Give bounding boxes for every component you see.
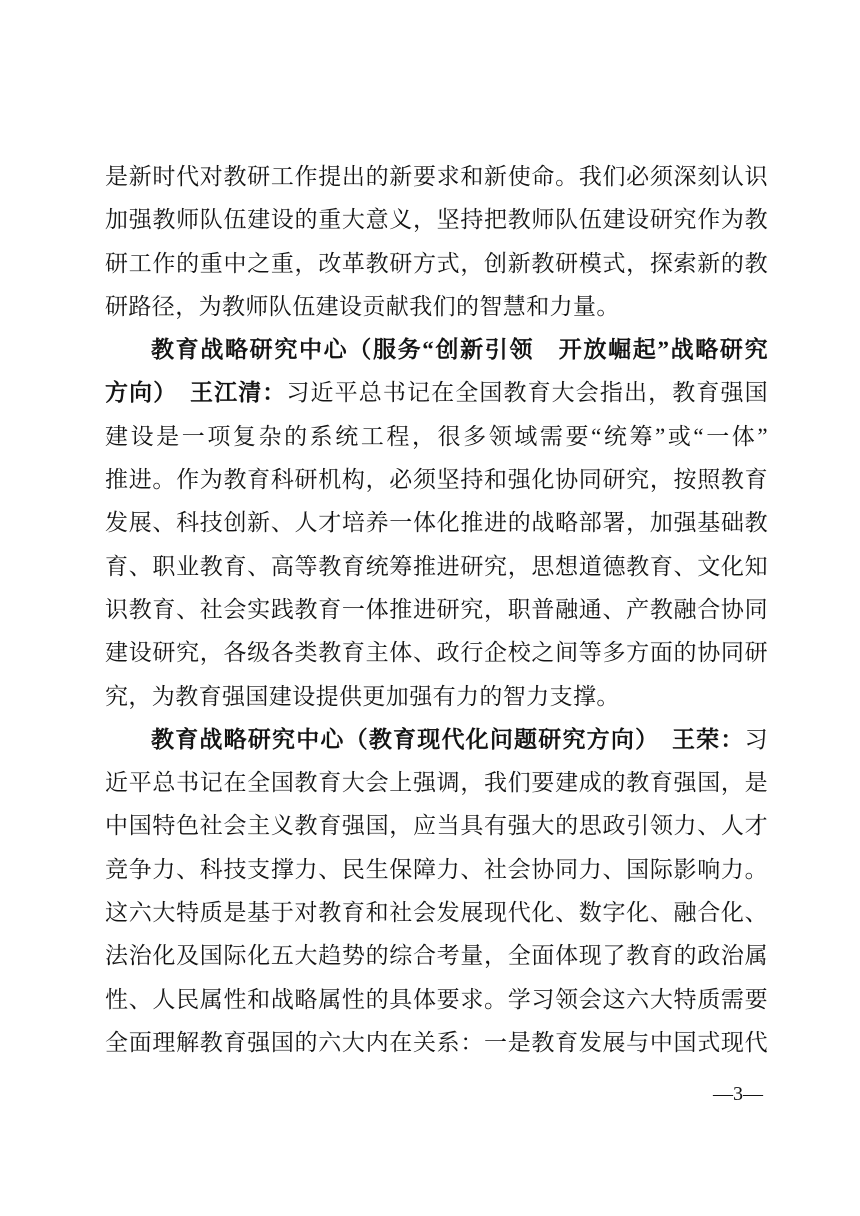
body-text: 识教育、社会实践教育一体推进研究，职普融通、产教融合协同 xyxy=(105,597,768,622)
body-text: 竞争力、科技支撑力、民生保障力、社会协同力、国际影响力。 xyxy=(105,857,768,882)
body-text: 性、人民属性和战略属性的具体要求。学习领会这六大特质需要 xyxy=(105,987,768,1012)
text-line: 近平总书记在全国教育大会上强调，我们要建成的教育强国，是 xyxy=(105,761,768,804)
text-line: 教育战略研究中心（服务“创新引领 开放崛起”战略研究 xyxy=(105,328,768,371)
text-line: 中国特色社会主义教育强国，应当具有强大的思政引领力、人才 xyxy=(105,804,768,847)
body-text: 是新时代对教研工作提出的新要求和新使命。我们必须深刻认识 xyxy=(105,164,768,189)
speaker-heading: 教育战略研究中心（服务“创新引领 开放崛起”战略研究 xyxy=(151,337,768,362)
text-line: 竞争力、科技支撑力、民生保障力、社会协同力、国际影响力。 xyxy=(105,848,768,891)
text-line: 法治化及国际化五大趋势的综合考量，全面体现了教育的政治属 xyxy=(105,934,768,977)
text-line: 研工作的重中之重，改革教研方式，创新教研模式，探索新的教 xyxy=(105,242,768,285)
text-line: 全面理解教育强国的六大内在关系：一是教育发展与中国式现代 xyxy=(105,1021,768,1064)
speaker-heading: 方向） 王江清： xyxy=(105,380,286,405)
text-line: 教育战略研究中心（教育现代化问题研究方向） 王荣：习 xyxy=(105,718,768,761)
text-line: 建设研究，各级各类教育主体、政行企校之间等多方面的协同研 xyxy=(105,631,768,674)
body-text: 发展、科技创新、人才培养一体化推进的战略部署，加强基础教 xyxy=(105,510,768,535)
body-text: 法治化及国际化五大趋势的综合考量，全面体现了教育的政治属 xyxy=(105,943,768,968)
text-line: 识教育、社会实践教育一体推进研究，职普融通、产教融合协同 xyxy=(105,588,768,631)
body-text: 加强教师队伍建设的重大意义，坚持把教师队伍建设研究作为教 xyxy=(105,207,768,232)
body-text: 究，为教育强国建设提供更加强有力的智力支撑。 xyxy=(105,684,620,709)
speaker-heading: 教育战略研究中心（教育现代化问题研究方向） 王荣： xyxy=(151,727,745,752)
body-text: 建设研究，各级各类教育主体、政行企校之间等多方面的协同研 xyxy=(105,640,768,665)
body-text: 建设是一项复杂的系统工程，很多领域需要“统筹”或“一体” xyxy=(105,424,768,449)
text-line: 发展、科技创新、人才培养一体化推进的战略部署，加强基础教 xyxy=(105,501,768,544)
text-line: 是新时代对教研工作提出的新要求和新使命。我们必须深刻认识 xyxy=(105,155,768,198)
body-text: 推进。作为教育科研机构，必须坚持和强化协同研究，按照教育 xyxy=(105,467,768,492)
document-content: 是新时代对教研工作提出的新要求和新使命。我们必须深刻认识 加强教师队伍建设的重大… xyxy=(105,155,768,1064)
document-page: 是新时代对教研工作提出的新要求和新使命。我们必须深刻认识 加强教师队伍建设的重大… xyxy=(0,0,860,1216)
body-text: 这六大特质是基于对教育和社会发展现代化、数字化、融合化、 xyxy=(105,900,768,925)
text-line: 方向） 王江清：习近平总书记在全国教育大会指出，教育强国 xyxy=(105,371,768,414)
body-text: 研工作的重中之重，改革教研方式，创新教研模式，探索新的教 xyxy=(105,251,768,276)
body-text: 中国特色社会主义教育强国，应当具有强大的思政引领力、人才 xyxy=(105,813,768,838)
body-text: 习近平总书记在全国教育大会指出，教育强国 xyxy=(286,380,768,405)
text-line: 这六大特质是基于对教育和社会发展现代化、数字化、融合化、 xyxy=(105,891,768,934)
body-text: 习 xyxy=(745,727,768,752)
body-text: 全面理解教育强国的六大内在关系：一是教育发展与中国式现代 xyxy=(105,1030,768,1055)
text-line: 究，为教育强国建设提供更加强有力的智力支撑。 xyxy=(105,675,768,718)
text-line: 建设是一项复杂的系统工程，很多领域需要“统筹”或“一体” xyxy=(105,415,768,458)
text-line: 推进。作为教育科研机构，必须坚持和强化协同研究，按照教育 xyxy=(105,458,768,501)
text-line: 加强教师队伍建设的重大意义，坚持把教师队伍建设研究作为教 xyxy=(105,198,768,241)
body-text: 近平总书记在全国教育大会上强调，我们要建成的教育强国，是 xyxy=(105,770,768,795)
text-line: 育、职业教育、高等教育统筹推进研究，思想道德教育、文化知 xyxy=(105,545,768,588)
text-line: 研路径，为教师队伍建设贡献我们的智慧和力量。 xyxy=(105,285,768,328)
body-text: 研路径，为教师队伍建设贡献我们的智慧和力量。 xyxy=(105,294,620,319)
text-line: 性、人民属性和战略属性的具体要求。学习领会这六大特质需要 xyxy=(105,978,768,1021)
page-number: —3— xyxy=(713,1082,763,1106)
body-text: 育、职业教育、高等教育统筹推进研究，思想道德教育、文化知 xyxy=(105,554,768,579)
